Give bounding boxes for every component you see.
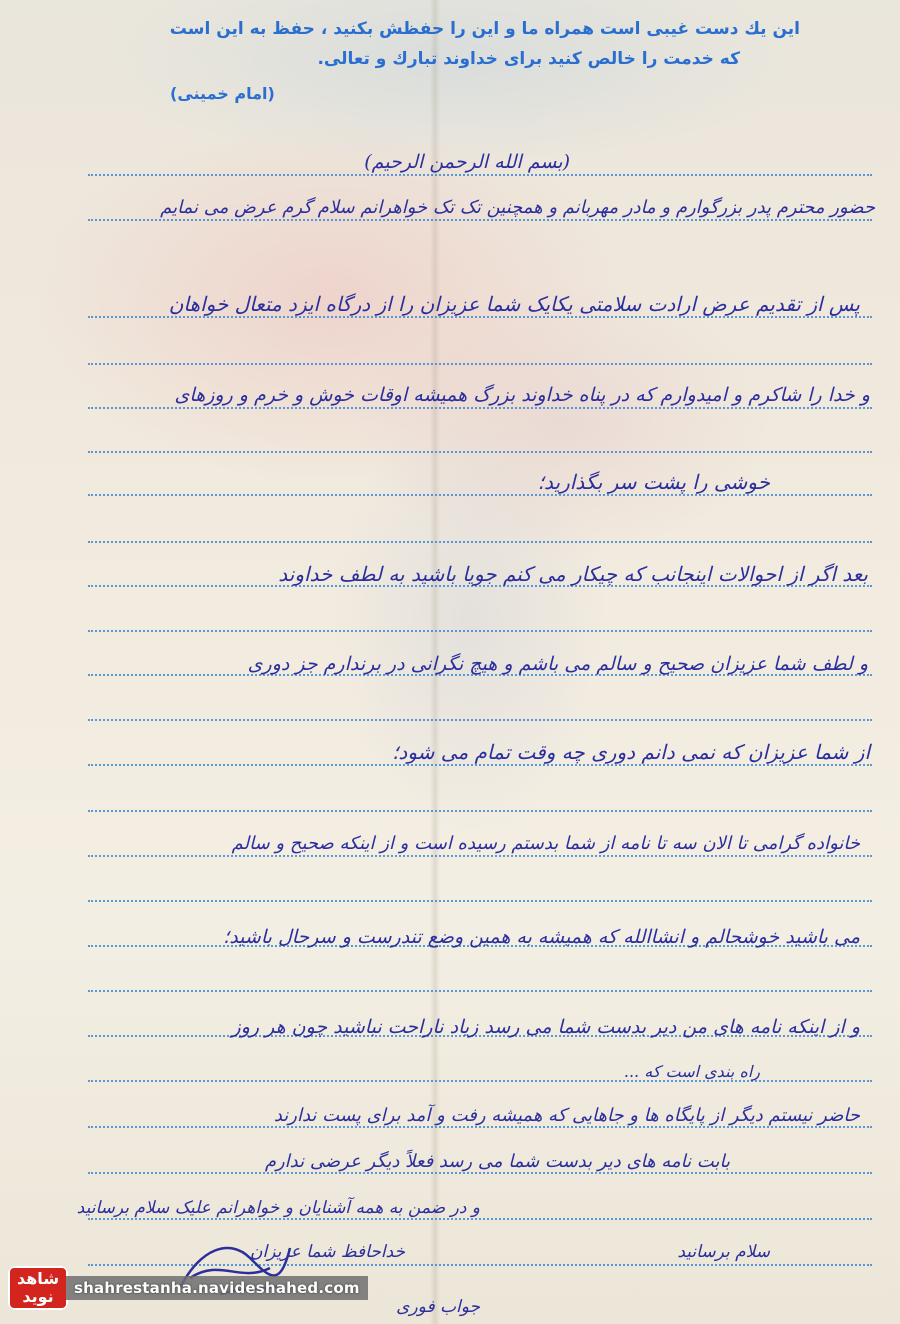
ruled-line (88, 174, 872, 176)
ruled-line (88, 764, 872, 766)
bismillah: (بسم الله الرحمن الرحیم) (364, 150, 570, 174)
ruled-line (88, 990, 872, 992)
ruled-line (88, 451, 872, 453)
letter-line: سلام برسانید (677, 1240, 770, 1264)
letter-line: و در ضمن به همه آشنایان و خواهرانم علیک … (77, 1196, 480, 1220)
watermark-url: shahrestanha.navideshahed.com (66, 1276, 368, 1300)
letter-line: و از اینکه نامه های من دیر بدست شما می ر… (232, 1015, 860, 1039)
ruled-line (88, 316, 872, 318)
header-quote-line-2: که خدمت را خالص کنید برای خداوند تبارك و… (160, 44, 740, 74)
printed-header: این یك دست غیبی است همراه ما و این را حف… (160, 14, 800, 114)
letter-line: حاضر نیستم دیگر از پایگاه ها و جاهایی که… (274, 1104, 860, 1128)
letter-line: می باشید خوشحالم و انشاالله که همیشه به … (223, 925, 860, 949)
letter-line: راه بندی است که ... (624, 1060, 760, 1084)
ruled-line (88, 630, 872, 632)
header-quote-line-1: این یك دست غیبی است همراه ما و این را حف… (160, 14, 800, 44)
letter-line: بعد اگر از احوالات اینجانب که چیکار می ک… (278, 562, 868, 586)
signature-label: جواب فوری (396, 1295, 480, 1319)
letter-paper: این یك دست غیبی است همراه ما و این را حف… (0, 0, 900, 1324)
navideshahed-logo: شاهد نوید (8, 1266, 68, 1310)
ruled-line (88, 719, 872, 721)
letter-line: بابت نامه های دیر بدست شما می رسد فعلاً … (265, 1150, 730, 1174)
letter-line: خانواده گرامی تا الان سه تا نامه از شما … (232, 832, 860, 856)
logo-line-2: نوید (22, 1288, 53, 1306)
letter-line: خوشی را پشت سر بگذارید؛ (538, 470, 770, 494)
letter-line: و خدا را شاکرم و امیدوارم که در پناه خدا… (175, 383, 870, 407)
letter-line: از شما عزیزان که نمی دانم دوری چه وقت تم… (392, 740, 870, 764)
letter-line: پس از تقدیم عرض ارادت سلامتی یکایک شما ع… (169, 292, 860, 316)
ruled-line (88, 810, 872, 812)
ruled-line (88, 363, 872, 365)
ruled-line (88, 494, 872, 496)
site-watermark: شاهد نوید shahrestanha.navideshahed.com (8, 1266, 368, 1310)
ruled-line (88, 541, 872, 543)
ruled-line (88, 407, 872, 409)
ruled-line (88, 900, 872, 902)
letter-line: حضور محترم پدر بزرگوارم و مادر مهربانم و… (160, 196, 875, 220)
letter-line: و لطف شما عزیزان صحیح و سالم می باشم و ه… (248, 652, 868, 676)
logo-line-1: شاهد (17, 1270, 59, 1288)
header-attribution: (امام خمینی) (170, 74, 800, 114)
